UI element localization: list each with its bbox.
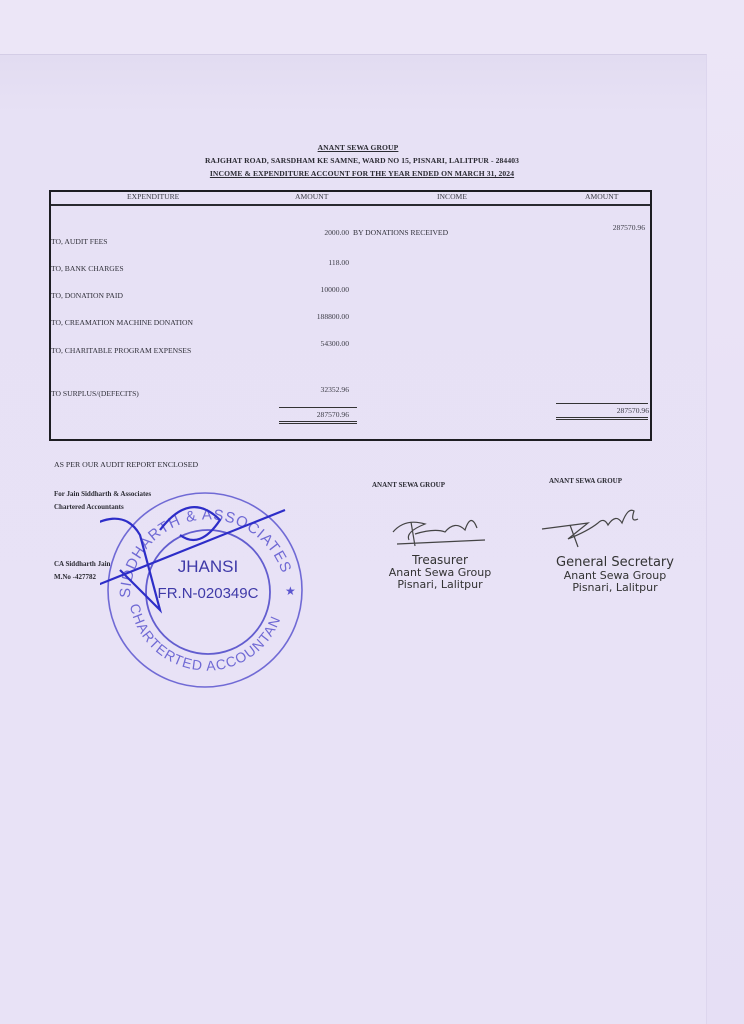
exp-row-label: TO, AUDIT FEES — [51, 237, 107, 246]
treasurer-line2: Pisnari, Lalitpur — [378, 579, 502, 591]
exp-row-amount: 32352.96 — [269, 385, 349, 394]
income-expenditure-table: EXPENDITURE AMOUNT INCOME AMOUNT TO, AUD… — [49, 190, 652, 441]
ca-stamp: SIDDHARTH & ASSOCIATES CHARTERTED ACCOUN… — [100, 480, 310, 690]
col-exp-amount: AMOUNT — [295, 192, 328, 201]
org-name: ANANT SEWA GROUP — [0, 143, 730, 152]
col-expenditure: EXPENDITURE — [127, 192, 179, 201]
exp-row-label: TO, DONATION PAID — [51, 291, 123, 300]
inc-row-amount: 287570.96 — [565, 223, 645, 232]
col-income: INCOME — [437, 192, 467, 201]
stamp-frn: FR.N-020349C — [158, 585, 259, 602]
org-address: RAJGHAT ROAD, SARSDHAM KE SAMNE, WARD NO… — [0, 156, 734, 165]
exp-row-amount: 54300.00 — [269, 339, 349, 348]
secretary-org: ANANT SEWA GROUP — [549, 477, 622, 485]
inc-total-double-rule — [556, 417, 648, 420]
treasurer-signature — [385, 510, 495, 550]
treasurer-block: Treasurer Anant Sewa Group Pisnari, Lali… — [378, 553, 502, 591]
treasurer-title: Treasurer — [378, 553, 502, 567]
subtotal-rule — [279, 407, 357, 408]
secretary-line2: Pisnari, Lalitpur — [540, 582, 690, 594]
inc-row-label: BY DONATIONS RECEIVED — [353, 228, 448, 237]
exp-row-label: TO, BANK CHARGES — [51, 264, 124, 273]
exp-total: 287570.96 — [269, 410, 349, 419]
treasurer-org: ANANT SEWA GROUP — [372, 481, 445, 489]
inc-subtotal-rule — [556, 403, 648, 404]
col-inc-amount: AMOUNT — [585, 192, 618, 201]
exp-row-amount: 2000.00 — [269, 228, 349, 237]
exp-row-amount: 188800.00 — [269, 312, 349, 321]
exp-row-label: TO, CHARITABLE PROGRAM EXPENSES — [51, 346, 191, 355]
exp-row-label: TO SURPLUS/(DEFECITS) — [51, 389, 139, 398]
secretary-title: General Secretary — [540, 556, 690, 570]
inc-total: 287570.96 — [569, 406, 649, 415]
statement-title: INCOME & EXPENDITURE ACCOUNT FOR THE YEA… — [0, 169, 734, 178]
secretary-signature — [538, 503, 658, 553]
star-icon: ★ — [285, 584, 296, 598]
audit-note: AS PER OUR AUDIT REPORT ENCLOSED — [54, 460, 198, 469]
header-divider — [51, 204, 650, 206]
exp-row-amount: 118.00 — [269, 258, 349, 267]
stamp-city: JHANSI — [178, 557, 238, 576]
exp-row-amount: 10000.00 — [269, 285, 349, 294]
membership-number: M.No -427782 — [54, 573, 96, 581]
exp-row-label: TO, CREAMATION MACHINE DONATION — [51, 318, 193, 327]
total-double-rule — [279, 421, 357, 424]
secretary-block: General Secretary Anant Sewa Group Pisna… — [540, 556, 690, 594]
